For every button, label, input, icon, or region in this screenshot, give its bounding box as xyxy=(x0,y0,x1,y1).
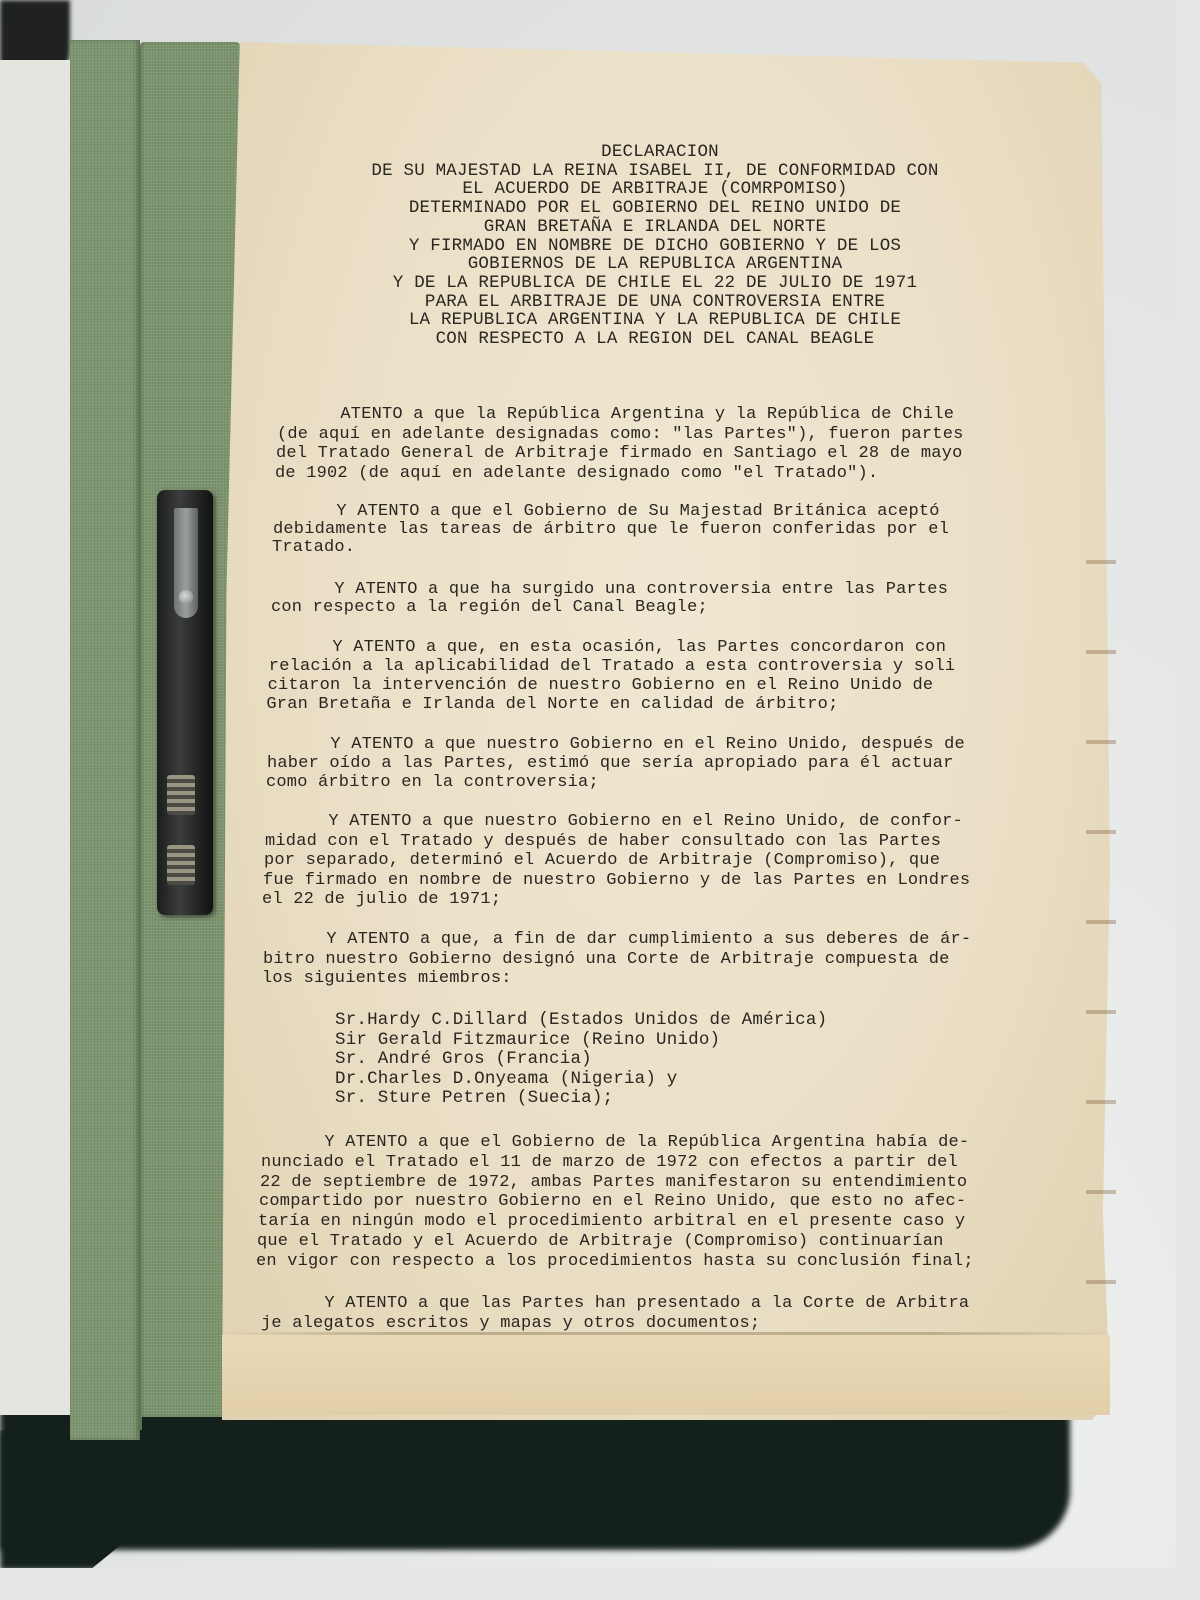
paragraph-line: con respecto a la región del Canal Beagl… xyxy=(271,598,708,618)
paragraph-line: bitro nuestro Gobierno designó una Corte… xyxy=(263,950,950,970)
heading-line: LA REPUBLICA ARGENTINA Y LA REPUBLICA DE… xyxy=(340,311,970,330)
paragraph-line: je alegatos escritos y mapas y otros doc… xyxy=(261,1314,760,1334)
paragraph-line: Y ATENTO a que, en esta ocasión, las Par… xyxy=(270,638,946,658)
paragraph-line: que el Tratado y el Acuerdo de Arbitraje… xyxy=(257,1232,944,1252)
paragraph-line: ATENTO a que la República Argentina y la… xyxy=(278,405,954,425)
paragraph-line: citaron la intervención de nuestro Gobie… xyxy=(268,676,934,696)
paragraph-line: nunciado el Tratado el 11 de marzo de 19… xyxy=(261,1153,958,1173)
paragraph-line: en vigor con respecto a los procedimient… xyxy=(256,1252,974,1272)
paragraph-line: Y ATENTO a que el Gobierno de la Repúbli… xyxy=(262,1133,969,1153)
paragraph-line: haber oído a las Partes, estimó que serí… xyxy=(267,754,954,774)
paragraph-line: Y ATENTO a que las Partes han presentado… xyxy=(262,1294,969,1314)
paragraph-line: Y ATENTO a que nuestro Gobierno en el Re… xyxy=(268,735,965,755)
paragraph-line: Gran Bretaña e Irlanda del Norte en cali… xyxy=(266,695,838,715)
heading-line: EL ACUERDO DE ARBITRAJE (COMRPOMISO) xyxy=(340,180,970,199)
document-title: DECLARACION xyxy=(345,143,975,162)
paragraph-line: midad con el Tratado y después de haber … xyxy=(265,832,941,852)
paragraph-line: por separado, determinó el Acuerdo de Ar… xyxy=(264,851,940,871)
paragraph-line: compartido por nuestro Gobierno en el Re… xyxy=(259,1192,966,1212)
heading-line: GOBIERNOS DE LA REPUBLICA ARGENTINA xyxy=(340,255,970,274)
paragraph-line: de 1902 (de aquí en adelante designado c… xyxy=(275,464,878,484)
paragraph-line: fue firmado en nombre de nuestro Gobiern… xyxy=(263,871,970,891)
paragraph-line: Y ATENTO a que nuestro Gobierno en el Re… xyxy=(266,812,963,832)
heading-line: PARA EL ARBITRAJE DE UNA CONTROVERSIA EN… xyxy=(340,293,970,312)
paragraph-line: (de aquí en adelante designadas como: "l… xyxy=(277,425,964,445)
heading-line: Y DE LA REPUBLICA DE CHILE EL 22 DE JULI… xyxy=(340,274,970,293)
paragraph-line: taría en ningún modo el procedimiento ar… xyxy=(258,1212,965,1232)
court-member: Sr. Sture Petren (Suecia); xyxy=(335,1088,613,1108)
paragraph-line: Tratado. xyxy=(272,538,355,558)
heading-line: DETERMINADO POR EL GOBIERNO DEL REINO UN… xyxy=(340,199,970,218)
document-text: DECLARACIONDE SU MAJESTAD LA REINA ISABE… xyxy=(0,0,1176,1568)
paragraph-line: como árbitro en la controversia; xyxy=(266,773,599,793)
paragraph-line: los siguientes miembros: xyxy=(262,969,512,989)
heading-line: CON RESPECTO A LA REGION DEL CANAL BEAGL… xyxy=(340,330,970,349)
court-member: Dr.Charles D.Onyeama (Nigeria) y xyxy=(335,1069,677,1089)
heading-line: DE SU MAJESTAD LA REINA ISABEL II, DE CO… xyxy=(340,162,970,181)
paragraph-line: Y ATENTO a que el Gobierno de Su Majesta… xyxy=(274,502,940,522)
paragraph-line: Y ATENTO a que, a fin de dar cumplimient… xyxy=(264,930,971,950)
paragraph-line: 22 de septiembre de 1972, ambas Partes m… xyxy=(260,1173,967,1193)
paragraph-line: Y ATENTO a que ha surgido una controvers… xyxy=(272,580,948,600)
heading-line: GRAN BRETAÑA E IRLANDA DEL NORTE xyxy=(340,218,970,237)
court-member: Sir Gerald Fitzmaurice (Reino Unido) xyxy=(335,1030,720,1050)
court-member: Sr.Hardy C.Dillard (Estados Unidos de Am… xyxy=(335,1010,827,1030)
paragraph-line: relación a la aplicabilidad del Tratado … xyxy=(269,657,956,677)
heading-line: Y FIRMADO EN NOMBRE DE DICHO GOBIERNO Y … xyxy=(340,237,970,256)
paragraph-line: el 22 de julio de 1971; xyxy=(262,890,501,910)
paragraph-line: debidamente las tareas de árbitro que le… xyxy=(273,520,949,540)
court-member: Sr. André Gros (Francia) xyxy=(335,1049,592,1069)
paragraph-line: del Tratado General de Arbitraje firmado… xyxy=(276,444,963,464)
